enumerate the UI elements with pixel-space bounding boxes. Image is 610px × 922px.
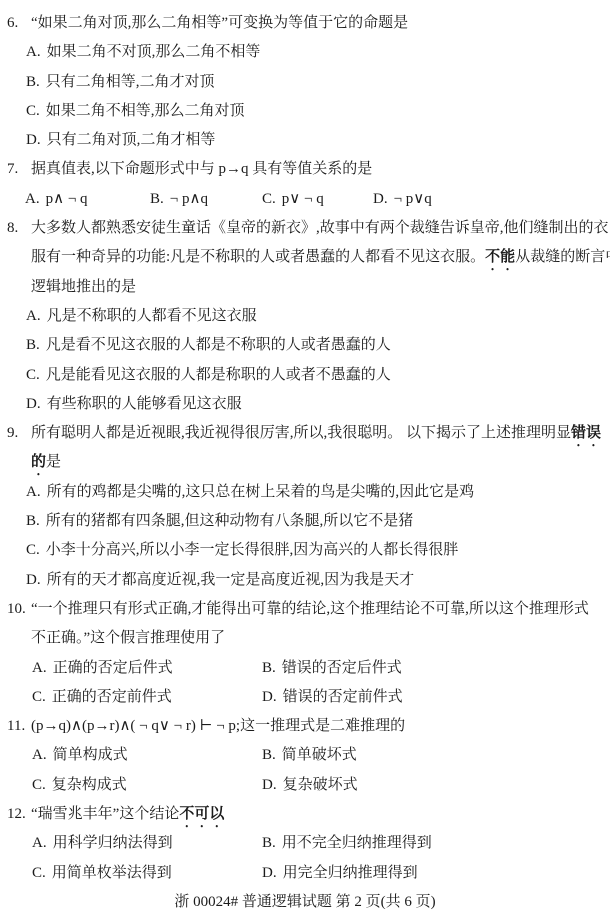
option-label: D. [373,191,388,207]
text-segment: 据真值表,以下命题形式中与 p→q 具有等值关系的是 [31,161,372,177]
text-segment: 有些称职的人能够看见这衣服 [47,396,242,412]
text-segment: 用完全归纳推理得到 [283,865,418,881]
question-number: 10. [7,595,26,624]
question-stem-line: 9.所有聪明人都是近视眼,我近视得很厉害,所以,我很聪明。 以下揭示了上述推理明… [0,419,610,448]
question-stem-line: 10.“一个推理只有形式正确,才能得出可靠的结论,这个推理结论不可靠,所以这个推… [0,595,610,624]
question-block: 9.所有聪明人都是近视眼,我近视得很厉害,所以,我很聪明。 以下揭示了上述推理明… [0,419,610,595]
option-label: B. [262,660,276,676]
option-label: C. [32,689,46,705]
option-text: p∨ ¬ q [282,191,324,207]
question-number: 12. [7,800,26,829]
option-label: D. [26,572,41,588]
option-text: ¬ p∨q [394,191,432,207]
text-segment: 正确的否定后件式 [53,660,173,676]
text-segment: 复杂破坏式 [283,777,358,793]
emphasized-text: 不能 [485,249,515,265]
option-label: D. [262,865,277,881]
option-label: C. [26,542,40,558]
option-label: B. [26,337,40,353]
text-segment: 简单破坏式 [282,747,357,763]
text-segment: “一个推理只有形式正确,才能得出可靠的结论,这个推理结论不可靠,所以这个推理形式 [31,601,589,617]
option-item: D.有些称职的人能够看见这衣服 [26,396,242,412]
text-segment: 所有的鸡都是尖嘴的,这只总在树上呆着的鸟是尖嘴的,因此它是鸡 [47,484,475,500]
question-number: 6. [7,9,18,38]
option-label: D. [26,396,41,412]
option-text: p∧ ¬ q [46,191,88,207]
option-text: 所有的猪都有四条腿,但这种动物有八条腿,所以它不是猪 [46,513,414,529]
option-text: 正确的否定后件式 [53,660,173,676]
option-text: 用完全归纳推理得到 [283,865,418,881]
option-label: C. [32,777,46,793]
question-stem-line: 12.“瑞雪兆丰年”这个结论不可以 [0,800,610,829]
emphasized-text: 错误 [571,425,601,441]
option-item: B.所有的猪都有四条腿,但这种动物有八条腿,所以它不是猪 [26,513,413,529]
option-text: 复杂构成式 [52,777,127,793]
emphasized-text: 的 [31,454,46,470]
option-item: C.复杂构成式 [32,771,127,800]
text-segment: p∧ ¬ q [46,191,88,207]
question-block: 10.“一个推理只有形式正确,才能得出可靠的结论,这个推理结论不可靠,所以这个推… [0,595,610,712]
option-item: A.简单构成式 [32,741,128,770]
option-row: A.凡是不称职的人都看不见这衣服 [0,302,610,331]
exam-page: 6.“如果二角对顶,那么二角相等”可变换为等值于它的命题是A.如果二角不对顶,那… [0,0,610,922]
option-item: D.¬ p∨q [373,185,432,214]
option-row: A.正确的否定后件式B.错误的否定后件式 [0,654,610,683]
option-text: 复杂破坏式 [283,777,358,793]
text-segment: 所有的猪都有四条腿,但这种动物有八条腿,所以它不是猪 [46,513,414,529]
text-segment: “如果二角对顶,那么二角相等”可变换为等值于它的命题是 [31,15,408,31]
option-text: 所有的天才都高度近视,我一定是高度近视,因为我是天才 [47,572,415,588]
option-label: A. [32,835,47,851]
option-item: A.如果二角不对顶,那么二角不相等 [26,44,260,60]
option-row: C.如果二角不相等,那么二角对顶 [0,97,610,126]
option-item: C.如果二角不相等,那么二角对顶 [26,103,245,119]
text-segment: 是 [46,454,61,470]
option-item: C.小李十分高兴,所以小李一定长得很胖,因为高兴的人都长得很胖 [26,542,458,558]
text-segment: 凡是不称职的人都看不见这衣服 [47,308,257,324]
question-number: 11. [7,712,25,741]
option-label: B. [262,835,276,851]
option-label: A. [32,660,47,676]
question-number: 7. [7,155,18,184]
text-segment: ¬ p∧q [170,191,208,207]
option-label: B. [26,74,40,90]
option-item: A.正确的否定后件式 [32,654,173,683]
question-stem-line: 服有一种奇异的功能:凡是不称职的人或者愚蠢的人都看不见这衣服。不能从裁缝的断言中 [0,243,610,272]
question-stem-line: 7.据真值表,以下命题形式中与 p→q 具有等值关系的是 [0,155,610,184]
option-item: C.p∨ ¬ q [262,185,324,214]
option-row: D.有些称职的人能够看见这衣服 [0,390,610,419]
option-text: 小李十分高兴,所以小李一定长得很胖,因为高兴的人都长得很胖 [46,542,459,558]
questions-list: 6.“如果二角对顶,那么二角相等”可变换为等值于它的命题是A.如果二角不对顶,那… [0,9,610,888]
text-segment: 不正确。”这个假言推理使用了 [31,630,225,646]
emphasized-text: 不可以 [179,806,224,822]
option-row: C.用简单枚举法得到D.用完全归纳推理得到 [0,859,610,888]
text-segment: 错误的否定后件式 [282,660,402,676]
option-text: 凡是能看见这衣服的人都是称职的人或者不愚蠢的人 [46,367,391,383]
option-label: B. [262,747,276,763]
option-row: C.小李十分高兴,所以小李一定长得很胖,因为高兴的人都长得很胖 [0,536,610,565]
option-item: A.所有的鸡都是尖嘴的,这只总在树上呆着的鸟是尖嘴的,因此它是鸡 [26,484,474,500]
option-text: 用不完全归纳推理得到 [282,835,432,851]
option-row: A.如果二角不对顶,那么二角不相等 [0,38,610,67]
option-label: B. [26,513,40,529]
text-segment: 凡是能看见这衣服的人都是称职的人或者不愚蠢的人 [46,367,391,383]
option-item: D.用完全归纳推理得到 [262,859,418,888]
option-label: D. [262,777,277,793]
option-label: A. [26,44,41,60]
text-segment: 如果二角不相等,那么二角对顶 [46,103,245,119]
option-item: B.只有二角相等,二角才对顶 [26,74,215,90]
option-row: C.复杂构成式D.复杂破坏式 [0,771,610,800]
text-segment: 所有的天才都高度近视,我一定是高度近视,因为我是天才 [47,572,415,588]
text-segment: 服有一种奇异的功能:凡是不称职的人或者愚蠢的人都看不见这衣服。 [31,249,485,265]
option-text: 错误的否定前件式 [283,689,403,705]
text-segment: 如果二角不对顶,那么二角不相等 [47,44,261,60]
option-text: 如果二角不对顶,那么二角不相等 [47,44,261,60]
option-text: 用简单枚举法得到 [52,865,172,881]
text-segment: 正确的否定前件式 [52,689,172,705]
text-segment: p∨ ¬ q [282,191,324,207]
option-label: A. [25,191,40,207]
option-label: A. [26,308,41,324]
option-text: ¬ p∧q [170,191,208,207]
option-text: 简单构成式 [53,747,128,763]
option-label: A. [26,484,41,500]
option-label: D. [26,132,41,148]
option-label: C. [262,191,276,207]
text-segment: “瑞雪兆丰年”这个结论 [31,806,179,822]
text-segment: 错误的否定前件式 [283,689,403,705]
text-segment: 只有二角对顶,二角才相等 [47,132,216,148]
option-item: A.用科学归纳法得到 [32,829,173,858]
option-row: D.所有的天才都高度近视,我一定是高度近视,因为我是天才 [0,566,610,595]
text-segment: 用科学归纳法得到 [53,835,173,851]
question-stem-line: 逻辑地推出的是 [0,273,610,302]
question-stem-line: 不正确。”这个假言推理使用了 [0,624,610,653]
text-segment: 用简单枚举法得到 [52,865,172,881]
option-text: 只有二角对顶,二角才相等 [47,132,216,148]
text-segment: 只有二角相等,二角才对顶 [46,74,215,90]
option-label: D. [262,689,277,705]
option-row: B.凡是看不见这衣服的人都是不称职的人或者愚蠢的人 [0,331,610,360]
page-footer: 浙 00024# 普通逻辑试题 第 2 页(共 6 页) [0,888,610,917]
option-item: B.用不完全归纳推理得到 [262,829,432,858]
option-item: D.所有的天才都高度近视,我一定是高度近视,因为我是天才 [26,572,414,588]
option-row: C.凡是能看见这衣服的人都是称职的人或者不愚蠢的人 [0,361,610,390]
option-label: C. [26,367,40,383]
text-segment: 从裁缝的断言中 [515,249,610,265]
question-block: 8.大多数人都熟悉安徒生童话《皇帝的新衣》,故事中有两个裁缝告诉皇帝,他们缝制出… [0,214,610,419]
text-segment: 大多数人都熟悉安徒生童话《皇帝的新衣》,故事中有两个裁缝告诉皇帝,他们缝制出的衣 [31,220,609,236]
option-text: 如果二角不相等,那么二角对顶 [46,103,245,119]
option-text: 用科学归纳法得到 [53,835,173,851]
text-segment: ¬ p∨q [394,191,432,207]
option-text: 凡是看不见这衣服的人都是不称职的人或者愚蠢的人 [46,337,391,353]
option-row: C.正确的否定前件式D.错误的否定前件式 [0,683,610,712]
option-item: C.凡是能看见这衣服的人都是称职的人或者不愚蠢的人 [26,367,391,383]
option-item: B.简单破坏式 [262,741,357,770]
question-block: 12.“瑞雪兆丰年”这个结论不可以A.用科学归纳法得到B.用不完全归纳推理得到C… [0,800,610,888]
text-segment: 简单构成式 [53,747,128,763]
option-text: 有些称职的人能够看见这衣服 [47,396,242,412]
option-text: 所有的鸡都是尖嘴的,这只总在树上呆着的鸟是尖嘴的,因此它是鸡 [47,484,475,500]
option-item: C.用简单枚举法得到 [32,859,172,888]
text-segment: 逻辑地推出的是 [31,279,136,295]
option-item: D.复杂破坏式 [262,771,358,800]
option-row: A.简单构成式B.简单破坏式 [0,741,610,770]
option-text: 凡是不称职的人都看不见这衣服 [47,308,257,324]
option-label: C. [32,865,46,881]
option-row: D.只有二角对顶,二角才相等 [0,126,610,155]
option-text: 只有二角相等,二角才对顶 [46,74,215,90]
option-item: B.¬ p∧q [150,185,208,214]
option-item: A.p∧ ¬ q [25,185,88,214]
question-stem-line: 8.大多数人都熟悉安徒生童话《皇帝的新衣》,故事中有两个裁缝告诉皇帝,他们缝制出… [0,214,610,243]
question-stem-line: 6.“如果二角对顶,那么二角相等”可变换为等值于它的命题是 [0,9,610,38]
question-block: 7.据真值表,以下命题形式中与 p→q 具有等值关系的是A.p∧ ¬ qB.¬ … [0,155,610,214]
option-item: D.错误的否定前件式 [262,683,403,712]
option-item: A.凡是不称职的人都看不见这衣服 [26,308,257,324]
option-text: 错误的否定后件式 [282,660,402,676]
question-stem-line: 11.(p→q)∧(p→r)∧( ¬ q∨ ¬ r) ⊢ ¬ p;这一推理式是二… [0,712,610,741]
option-item: C.正确的否定前件式 [32,683,172,712]
question-stem-line: 的是 [0,448,610,477]
option-row: A.用科学归纳法得到B.用不完全归纳推理得到 [0,829,610,858]
text-segment: 所有聪明人都是近视眼,我近视得很厉害,所以,我很聪明。 以下揭示了上述推理明显 [31,425,571,441]
text-segment: 复杂构成式 [52,777,127,793]
text-segment: 小李十分高兴,所以小李一定长得很胖,因为高兴的人都长得很胖 [46,542,459,558]
option-item: D.只有二角对顶,二角才相等 [26,132,215,148]
question-block: 11.(p→q)∧(p→r)∧( ¬ q∨ ¬ r) ⊢ ¬ p;这一推理式是二… [0,712,610,800]
question-number: 9. [7,419,18,448]
option-label: A. [32,747,47,763]
text-segment: 凡是看不见这衣服的人都是不称职的人或者愚蠢的人 [46,337,391,353]
option-text: 简单破坏式 [282,747,357,763]
question-number: 8. [7,214,18,243]
text-segment: 用不完全归纳推理得到 [282,835,432,851]
option-item: B.凡是看不见这衣服的人都是不称职的人或者愚蠢的人 [26,337,391,353]
text-segment: (p→q)∧(p→r)∧( ¬ q∨ ¬ r) ⊢ ¬ p;这一推理式是二难推理… [31,718,405,734]
option-label: C. [26,103,40,119]
option-row: B.所有的猪都有四条腿,但这种动物有八条腿,所以它不是猪 [0,507,610,536]
option-item: B.错误的否定后件式 [262,654,402,683]
option-label: B. [150,191,164,207]
option-text: 正确的否定前件式 [52,689,172,705]
option-row: A.p∧ ¬ qB.¬ p∧qC.p∨ ¬ qD.¬ p∨q [0,185,610,214]
option-row: A.所有的鸡都是尖嘴的,这只总在树上呆着的鸟是尖嘴的,因此它是鸡 [0,478,610,507]
option-row: B.只有二角相等,二角才对顶 [0,68,610,97]
question-block: 6.“如果二角对顶,那么二角相等”可变换为等值于它的命题是A.如果二角不对顶,那… [0,9,610,155]
